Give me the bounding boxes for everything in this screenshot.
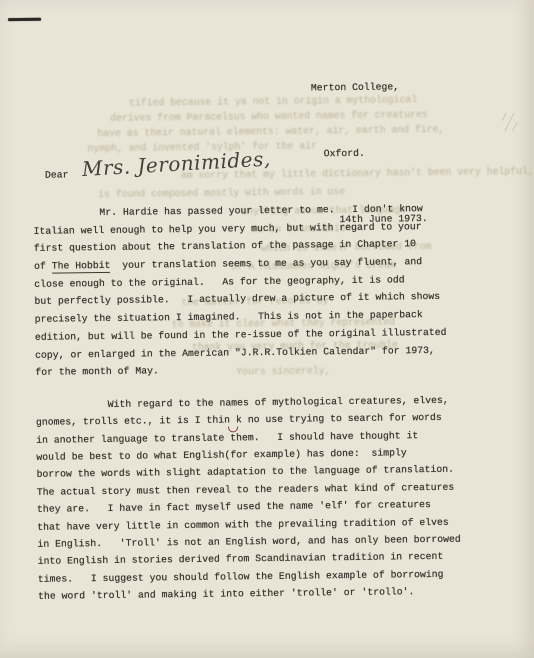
pen-dash-mark: [8, 18, 41, 21]
margin-scratch-mark: [502, 113, 517, 131]
paragraph-1: Mr. Hardie has passed your letter to me.…: [33, 199, 515, 382]
salutation-typed: Dear: [45, 169, 69, 180]
handwritten-tie-correction: [230, 422, 236, 423]
letter-content: tified because it ya not in origin a myt…: [0, 0, 534, 658]
letter-body: Mr. Hardie has passed your letter to me.…: [33, 199, 518, 605]
underlined-title: The Hobbit: [52, 260, 111, 273]
letterhead-line: Oxford.: [312, 142, 427, 165]
bleed-through-text: tified because it ya not in origin a myt…: [0, 0, 530, 3]
paragraph-2: With regard to the names of mythological…: [36, 391, 519, 606]
letterhead-line: Merton College,: [311, 76, 426, 99]
scanned-letter-page: tified because it ya not in origin a myt…: [0, 0, 534, 658]
bleed-through-line: is found composed mostly with words in u…: [98, 186, 345, 200]
